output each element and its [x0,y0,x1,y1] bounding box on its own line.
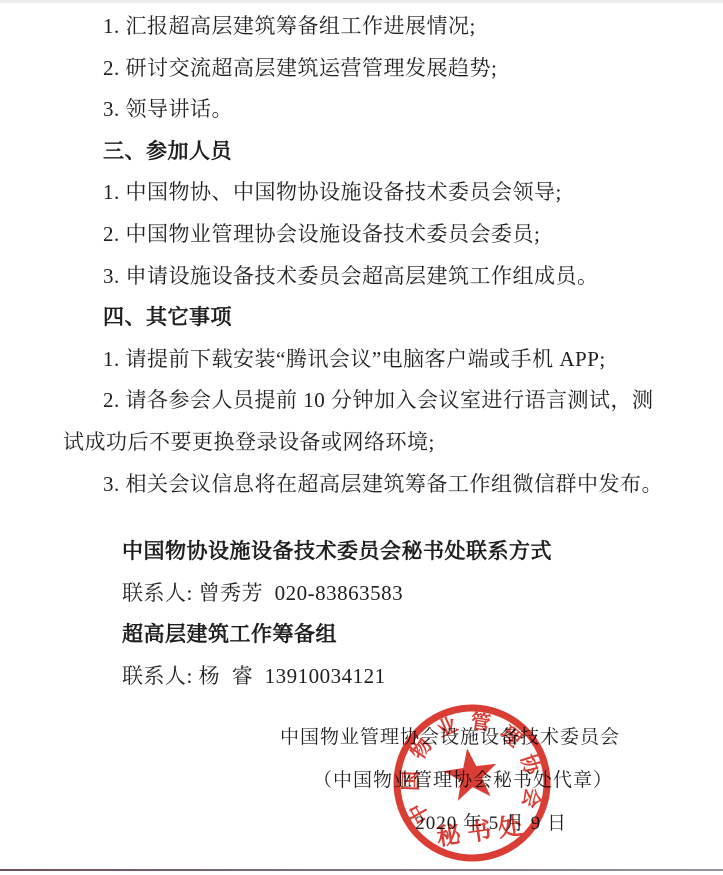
agenda-item-1: 1. 汇报超高层建筑筹备组工作进展情况; [63,6,668,48]
agenda-item-3: 3. 领导讲话。 [63,89,668,131]
contact-heading-workgroup: 超高层建筑工作筹备组 [122,614,668,656]
section-heading-other-matters: 四、其它事项 [63,297,668,339]
page-bottom-edge [0,869,723,871]
agenda-item-2: 2. 研讨交流超高层建筑运营管理发展趋势; [63,48,668,90]
contact-person-1: 联系人: 曾秀芳 020-83863583 [122,573,668,615]
other-matter-2-line1: 2. 请各参会人员提前 10 分钟加入会议室进行语言测试，测 [63,380,668,422]
document-page: 1. 汇报超高层建筑筹备组工作进展情况; 2. 研讨交流超高层建筑运营管理发展趋… [0,0,723,875]
participant-item-1: 1. 中国物协、中国物协设施设备技术委员会领导; [63,172,668,214]
participant-item-2: 2. 中国物业管理协会设施设备技术委员会委员; [63,214,668,256]
official-seal: 中 国 物 业 管 理 协 会 秘书处 [380,690,570,870]
section-heading-participants: 三、参加人员 [63,131,668,173]
contact-block: 中国物协设施设备技术委员会秘书处联系方式 联系人: 曾秀芳 020-838635… [63,531,668,697]
seal-star [441,745,501,803]
seal-arc-char-2: 国 [399,771,423,792]
document-body: 1. 汇报超高层建筑筹备组工作进展情况; 2. 研讨交流超高层建筑运营管理发展趋… [63,0,668,698]
participant-item-3: 3. 申请设施设备技术委员会超高层建筑工作组成员。 [63,256,668,298]
contact-heading-secretariat: 中国物协设施设备技术委员会秘书处联系方式 [122,531,668,573]
other-matter-1: 1. 请提前下载安装“腾讯会议”电脑客户端或手机 APP; [63,339,668,381]
seal-arc-char-5: 管 [469,709,492,736]
other-matter-2-line2: 试成功后不要更换登录设备或网络环境; [63,422,668,464]
other-matter-3: 3. 相关会议信息将在超高层建筑筹备工作组微信群中发布。 [63,464,668,506]
